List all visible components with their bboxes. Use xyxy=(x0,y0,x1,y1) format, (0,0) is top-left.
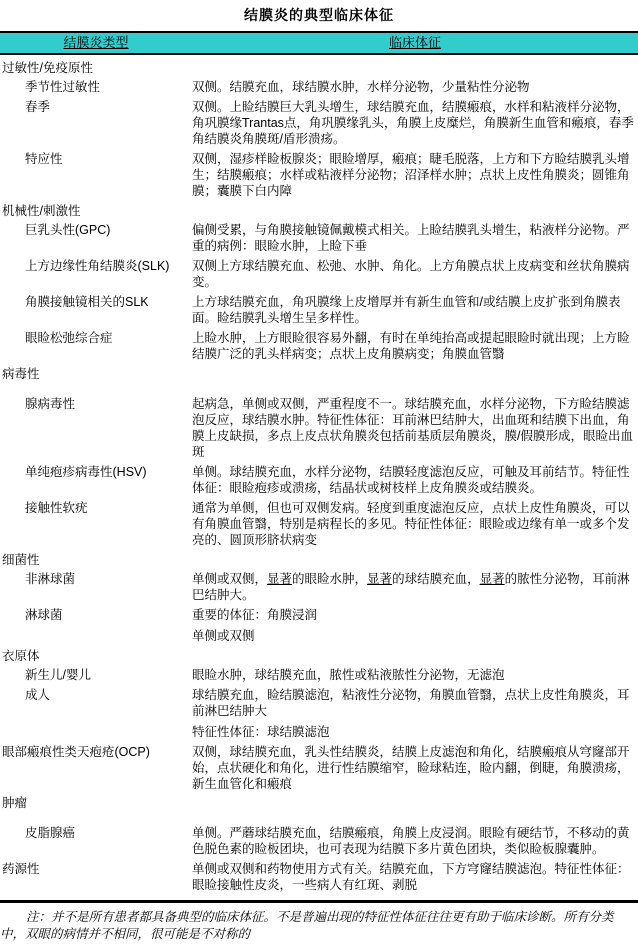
type-cell: 病毒性 xyxy=(0,366,192,382)
signs-cell: 起病急，单侧或双侧，严重程度不一。球结膜充血，水样分泌物，下方睑结膜滤泡反应，球… xyxy=(192,396,638,460)
type-cell: 眼部瘢痕性类天疱疮(OCP) xyxy=(0,744,192,792)
type-cell: 季节性过敏性 xyxy=(0,79,192,95)
plain-text: 的眼睑水肿， xyxy=(292,572,367,586)
column-header-type: 结膜炎类型 xyxy=(0,33,192,53)
column-header-signs: 临床体征 xyxy=(192,33,638,53)
type-cell: 皮脂腺癌 xyxy=(0,825,192,857)
signs-paragraph: 上方球结膜充血，角巩膜缘上皮增厚并有新生血管和/或结膜上皮扩张到角膜表面。睑结膜… xyxy=(192,294,634,326)
section-row: 衣原体 xyxy=(0,648,638,664)
type-cell: 春季 xyxy=(0,99,192,147)
table-row: 淋球菌重要的体征：角膜浸润单侧或双侧 xyxy=(0,607,638,644)
plain-text: 单侧或双侧， xyxy=(192,572,267,586)
table-row: 非淋球菌单侧或双侧，显著的眼睑水肿，显著的球结膜充血，显著的脓性分泌物，耳前淋巴… xyxy=(0,571,638,603)
column-header-type-label: 结膜炎类型 xyxy=(63,35,128,50)
type-cell: 巨乳头性(GPC) xyxy=(0,222,192,254)
emphasized-text: 显著 xyxy=(480,572,505,586)
type-cell: 特应性 xyxy=(0,151,192,199)
signs-paragraph: 重要的体征：角膜浸润 xyxy=(192,607,634,623)
signs-cell xyxy=(192,648,638,664)
table-row: 新生儿/婴儿眼睑水肿，球结膜充血，脓性或粘液脓性分泌物，无滤泡 xyxy=(0,667,638,683)
signs-cell: 单侧。球结膜充血，水样分泌物，结膜轻度滤泡反应，可触及耳前结节。特征性体征：眼睑… xyxy=(192,464,638,496)
signs-cell: 上睑水肿，上方眼睑很容易外翻，有时在单纯抬高或提起眼睑时就出现；上方睑结膜广泛的… xyxy=(192,330,638,362)
type-cell: 机械性/刺激性 xyxy=(0,203,192,219)
signs-cell: 单侧或双侧，显著的眼睑水肿，显著的球结膜充血，显著的脓性分泌物，耳前淋巴结肿大。 xyxy=(192,571,638,603)
section-row: 药源性单侧或双侧和药物使用方式有关。结膜充血，下方穹窿结膜滤泡。特征性体征：眼睑… xyxy=(0,861,638,893)
conjunctivitis-table: 结膜炎类型 临床体征 过敏性/免疫原性季节性过敏性双侧。结膜充血，球结膜水肿，水… xyxy=(0,31,638,903)
signs-paragraph: 起病急，单侧或双侧，严重程度不一。球结膜充血，水样分泌物，下方睑结膜滤泡反应，球… xyxy=(192,396,634,460)
plain-text: 的球结膜充血， xyxy=(392,572,480,586)
signs-cell: 偏侧受累，与角膜接触镜佩戴模式相关。上睑结膜乳头增生，粘液样分泌物。严重的病例：… xyxy=(192,222,638,254)
type-cell: 药源性 xyxy=(0,861,192,893)
signs-paragraph: 单侧或双侧，显著的眼睑水肿，显著的球结膜充血，显著的脓性分泌物，耳前淋巴结肿大。 xyxy=(192,571,634,603)
table-row: 单纯疱疹病毒性(HSV)单侧。球结膜充血，水样分泌物，结膜轻度滤泡反应，可触及耳… xyxy=(0,464,638,496)
signs-cell xyxy=(192,203,638,219)
section-row: 眼部瘢痕性类天疱疮(OCP)双侧，球结膜充血，乳头性结膜炎，结膜上皮滤泡和角化，… xyxy=(0,744,638,792)
table-row: 特应性双侧，湿疹样睑板腺炎；眼睑增厚，瘢痕；睫毛脱落，上方和下方睑结膜乳头增生；… xyxy=(0,151,638,199)
type-cell: 淋球菌 xyxy=(0,607,192,644)
signs-paragraph: 通常为单侧，但也可双侧发病。轻度到重度滤泡反应，点状上皮性角膜炎，可以有角膜血管… xyxy=(192,500,634,548)
signs-cell xyxy=(192,366,638,382)
signs-cell: 重要的体征：角膜浸润单侧或双侧 xyxy=(192,607,638,644)
signs-paragraph: 上睑水肿，上方眼睑很容易外翻，有时在单纯抬高或提起眼睑时就出现；上方睑结膜广泛的… xyxy=(192,330,634,362)
signs-paragraph: 球结膜充血，睑结膜滤泡，粘液性分泌物，角膜血管翳，点状上皮性角膜炎，耳前淋巴结肿… xyxy=(192,687,634,719)
signs-paragraph: 单侧或双侧 xyxy=(192,628,634,644)
type-cell: 成人 xyxy=(0,687,192,740)
type-cell: 腺病毒性 xyxy=(0,396,192,460)
table-row: 春季双侧。上睑结膜巨大乳头增生，球结膜充血，结膜瘢痕，水样和粘液样分泌物，角巩膜… xyxy=(0,99,638,147)
signs-cell xyxy=(192,795,638,811)
table-row: 眼睑松弛综合症上睑水肿，上方眼睑很容易外翻，有时在单纯抬高或提起眼睑时就出现；上… xyxy=(0,330,638,362)
signs-cell: 双侧。上睑结膜巨大乳头增生，球结膜充血，结膜瘢痕，水样和粘液样分泌物，角巩膜缘T… xyxy=(192,99,638,147)
signs-paragraph: 单侧。严蘑球结膜充血，结膜瘢痕，角膜上皮浸润。眼睑有硬结节，不移动的黄色脱色素的… xyxy=(192,825,634,857)
signs-cell: 眼睑水肿，球结膜充血，脓性或粘液脓性分泌物，无滤泡 xyxy=(192,667,638,683)
type-cell: 肿瘤 xyxy=(0,795,192,811)
type-cell: 非淋球菌 xyxy=(0,571,192,603)
type-cell: 细菌性 xyxy=(0,552,192,568)
section-row: 细菌性 xyxy=(0,552,638,568)
table-row: 上方边缘性角结膜炎(SLK)双侧上方球结膜充血、松弛、水肿、角化。上方角膜点状上… xyxy=(0,258,638,290)
table-row: 巨乳头性(GPC)偏侧受累，与角膜接触镜佩戴模式相关。上睑结膜乳头增生，粘液样分… xyxy=(0,222,638,254)
signs-cell: 双侧，球结膜充血，乳头性结膜炎，结膜上皮滤泡和角化，结膜瘢痕从穹窿部开始，点状硬… xyxy=(192,744,638,792)
type-cell: 过敏性/免疫原性 xyxy=(0,60,192,76)
signs-cell: 上方球结膜充血，角巩膜缘上皮增厚并有新生血管和/或结膜上皮扩张到角膜表面。睑结膜… xyxy=(192,294,638,326)
type-cell: 新生儿/婴儿 xyxy=(0,667,192,683)
table-row: 接触性软疣通常为单侧，但也可双侧发病。轻度到重度滤泡反应，点状上皮性角膜炎，可以… xyxy=(0,500,638,548)
signs-paragraph: 偏侧受累，与角膜接触镜佩戴模式相关。上睑结膜乳头增生，粘液样分泌物。严重的病例：… xyxy=(192,222,634,254)
type-cell: 角膜接触镜相关的SLK xyxy=(0,294,192,326)
signs-paragraph: 单侧或双侧和药物使用方式有关。结膜充血，下方穹窿结膜滤泡。特征性体征：眼睑接触性… xyxy=(192,861,634,893)
signs-cell: 单侧或双侧和药物使用方式有关。结膜充血，下方穹窿结膜滤泡。特征性体征：眼睑接触性… xyxy=(192,861,638,893)
section-row: 过敏性/免疫原性 xyxy=(0,60,638,76)
signs-paragraph: 单侧。球结膜充血，水样分泌物，结膜轻度滤泡反应，可触及耳前结节。特征性体征：眼睑… xyxy=(192,464,634,496)
emphasized-text: 显著 xyxy=(267,572,292,586)
signs-cell xyxy=(192,552,638,568)
emphasized-text: 显著 xyxy=(367,572,392,586)
type-cell: 上方边缘性角结膜炎(SLK) xyxy=(0,258,192,290)
footnote: 注：并不是所有患者都具备典型的临床体征。不是普遍出现的特征性体征往往更有助于临床… xyxy=(0,903,638,948)
signs-cell: 通常为单侧，但也可双侧发病。轻度到重度滤泡反应，点状上皮性角膜炎，可以有角膜血管… xyxy=(192,500,638,548)
signs-paragraph: 双侧。结膜充血，球结膜水肿，水样分泌物，少量粘性分泌物 xyxy=(192,79,634,95)
signs-paragraph: 眼睑水肿，球结膜充血，脓性或粘液脓性分泌物，无滤泡 xyxy=(192,667,634,683)
signs-paragraph: 特征性体征：球结膜滤泡 xyxy=(192,724,634,740)
table-row: 腺病毒性起病急，单侧或双侧，严重程度不一。球结膜充血，水样分泌物，下方睑结膜滤泡… xyxy=(0,396,638,460)
signs-cell: 双侧，湿疹样睑板腺炎；眼睑增厚，瘢痕；睫毛脱落，上方和下方睑结膜乳头增生；结膜瘢… xyxy=(192,151,638,199)
section-row: 机械性/刺激性 xyxy=(0,203,638,219)
signs-paragraph: 双侧，湿疹样睑板腺炎；眼睑增厚，瘢痕；睫毛脱落，上方和下方睑结膜乳头增生；结膜瘢… xyxy=(192,151,634,199)
table-row: 皮脂腺癌单侧。严蘑球结膜充血，结膜瘢痕，角膜上皮浸润。眼睑有硬结节，不移动的黄色… xyxy=(0,825,638,857)
signs-paragraph: 双侧，球结膜充血，乳头性结膜炎，结膜上皮滤泡和角化，结膜瘢痕从穹窿部开始，点状硬… xyxy=(192,744,634,792)
type-cell: 眼睑松弛综合症 xyxy=(0,330,192,362)
signs-cell: 双侧上方球结膜充血、松弛、水肿、角化。上方角膜点状上皮病变和丝状角膜病变。 xyxy=(192,258,638,290)
table-row: 成人球结膜充血，睑结膜滤泡，粘液性分泌物，角膜血管翳，点状上皮性角膜炎，耳前淋巴… xyxy=(0,687,638,740)
signs-cell xyxy=(192,60,638,76)
signs-paragraph: 双侧。上睑结膜巨大乳头增生，球结膜充血，结膜瘢痕，水样和粘液样分泌物，角巩膜缘T… xyxy=(192,99,634,147)
document-page: 结膜炎的典型临床体征 结膜炎类型 临床体征 过敏性/免疫原性季节性过敏性双侧。结… xyxy=(0,0,638,948)
type-cell: 接触性软疣 xyxy=(0,500,192,548)
page-title: 结膜炎的典型临床体征 xyxy=(0,0,638,31)
signs-paragraph: 双侧上方球结膜充血、松弛、水肿、角化。上方角膜点状上皮病变和丝状角膜病变。 xyxy=(192,258,634,290)
signs-cell: 单侧。严蘑球结膜充血，结膜瘢痕，角膜上皮浸润。眼睑有硬结节，不移动的黄色脱色素的… xyxy=(192,825,638,857)
type-cell: 单纯疱疹病毒性(HSV) xyxy=(0,464,192,496)
table-header-row: 结膜炎类型 临床体征 xyxy=(0,31,638,55)
section-row: 肿瘤 xyxy=(0,795,638,811)
column-header-signs-label: 临床体征 xyxy=(389,35,441,50)
signs-cell: 球结膜充血，睑结膜滤泡，粘液性分泌物，角膜血管翳，点状上皮性角膜炎，耳前淋巴结肿… xyxy=(192,687,638,740)
type-cell: 衣原体 xyxy=(0,648,192,664)
table-row: 季节性过敏性双侧。结膜充血，球结膜水肿，水样分泌物，少量粘性分泌物 xyxy=(0,79,638,95)
table-row: 角膜接触镜相关的SLK上方球结膜充血，角巩膜缘上皮增厚并有新生血管和/或结膜上皮… xyxy=(0,294,638,326)
signs-cell: 双侧。结膜充血，球结膜水肿，水样分泌物，少量粘性分泌物 xyxy=(192,79,638,95)
table-body: 过敏性/免疫原性季节性过敏性双侧。结膜充血，球结膜水肿，水样分泌物，少量粘性分泌… xyxy=(0,55,638,900)
section-row: 病毒性 xyxy=(0,366,638,382)
